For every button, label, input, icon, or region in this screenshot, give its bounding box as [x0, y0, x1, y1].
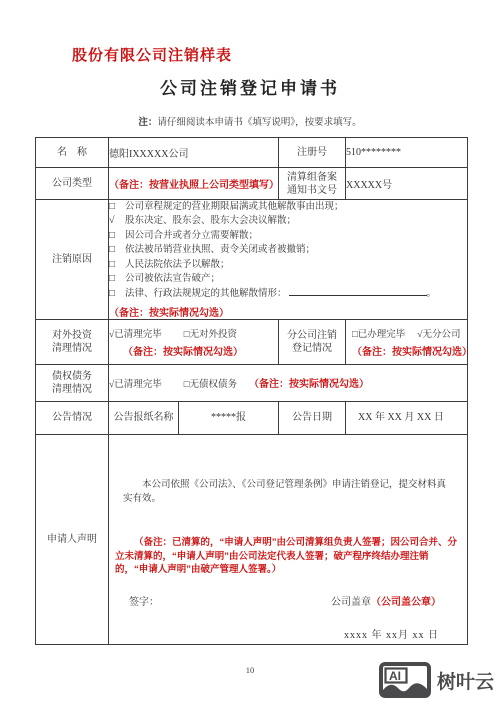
- name-label: 名 称: [36, 138, 109, 168]
- checkbox-icon: □: [109, 243, 125, 256]
- reason-option-text: 人民法院依法予以解散；: [125, 260, 230, 270]
- paper-name-label: 公告报纸名称: [109, 401, 179, 434]
- declaration-label: 申请人声明: [36, 434, 109, 644]
- reason-options-cell: □公司章程规定的营业期限届满或其他解散事由出现； √股东决定、股东会、股东大会决…: [109, 200, 468, 320]
- fill-instruction-note: 注：请仔细阅读本申请书《填写说明》，按要求填写。: [0, 114, 500, 128]
- announcement-row: 公告情况 公告报纸名称 *****报 公告日期 XX 年 XX 月 XX 日: [36, 401, 468, 434]
- investment-label-line2: 清理情况: [36, 342, 108, 355]
- announce-date-label: 公告日期: [279, 401, 346, 434]
- debt-option-none: □无债权债务: [184, 380, 237, 390]
- note-text: 请仔细阅读本申请书《填写说明》，按要求填写。: [157, 118, 361, 128]
- paper-name-value: *****报: [179, 401, 279, 434]
- svg-text:AI: AI: [389, 669, 401, 683]
- name-value: 德阳IXXXXX公司: [109, 138, 279, 168]
- document-title: 公司注销登记申请书: [0, 74, 500, 99]
- registration-number-value: 510********: [346, 138, 468, 168]
- reason-option: □公司被依法宣告破产；: [109, 272, 467, 286]
- seal-area: 公司盖章（公司盖公章）: [331, 593, 441, 608]
- liquidation-doc-label-line2: 通知书文号: [279, 184, 345, 197]
- company-type-row: 公司类型 （备注：按营业执照上公司类型填写） 清算组备案 通知书文号 XXXXX…: [36, 168, 468, 200]
- blank-fill-line: [289, 286, 427, 296]
- investment-option-none: □无对外投资: [184, 330, 237, 340]
- checkbox-icon: □: [109, 287, 125, 300]
- investment-options-cell: √已清理完毕□无对外投资 （备注：按实际情况勾选）: [109, 319, 279, 364]
- debt-options: √已清理完毕□无债权债务（备注：按实际情况勾选）: [109, 375, 467, 390]
- declaration-date: xxxx 年 xx月 xx 日: [109, 626, 467, 641]
- reason-option-text: 股东决定、股东会、股东大会决议解散；: [125, 216, 296, 226]
- reason-option-text: 公司被依法宣告破产；: [125, 274, 220, 284]
- liquidation-doc-value: XXXXX号: [346, 168, 468, 200]
- reason-option-text: 因公司合并或者分立需要解散；: [125, 231, 258, 241]
- reason-option: □因公司合并或者分立需要解散；: [109, 229, 467, 243]
- branch-label-line1: 分公司注销: [279, 329, 345, 342]
- declaration-statement: 本公司依照《公司法》、《公司登记管理条例》申请注销登记，提交材料真实有效。: [123, 478, 453, 506]
- checkbox-icon: □: [109, 200, 125, 213]
- debt-row: 债权债务 清理情况 √已清理完毕□无债权债务（备注：按实际情况勾选）: [36, 364, 468, 401]
- investment-label-line1: 对外投资: [36, 329, 108, 342]
- debt-option-done: √已清理完毕: [109, 380, 162, 390]
- company-type-note-text: （备注：按营业执照上公司类型填写）: [109, 180, 279, 191]
- registration-number-label: 注册号: [279, 138, 346, 168]
- reason-option-text: 公司章程规定的营业期限届满或其他解散事由出现；: [125, 202, 344, 212]
- branch-options-cell: □已办理完毕√无分公司 （备注：按实际情况勾选）: [346, 319, 468, 364]
- declaration-cell: 本公司依照《公司法》、《公司登记管理条例》申请注销登记，提交材料真实有效。 （备…: [109, 434, 468, 644]
- checkbox-icon: □: [109, 229, 125, 242]
- announce-date-value: XX 年 XX 月 XX 日: [346, 401, 468, 434]
- watermark: AI 树叶云: [378, 661, 494, 699]
- announcement-label: 公告情况: [36, 401, 109, 434]
- branch-label-line2: 登记情况: [279, 342, 345, 355]
- reason-option: □依法被吊销营业执照、责令关闭或者被撤销；: [109, 243, 467, 257]
- branch-option-none: √无分公司: [417, 330, 460, 340]
- liquidation-doc-label-line1: 清算组备案: [279, 171, 345, 184]
- reason-option-text: 法律、行政法规规定的其他解散情形：: [125, 289, 287, 299]
- deregistration-form-table: 名 称 德阳IXXXXX公司 注册号 510******** 公司类型 （备注：…: [35, 137, 468, 645]
- declaration-note: （备注：已清算的，“申请人声明”由公司清算组负责人签署；因公司合并、分立未清算的…: [115, 536, 461, 577]
- investment-label: 对外投资 清理情况: [36, 319, 109, 364]
- declaration-row: 申请人声明 本公司依照《公司法》、《公司登记管理条例》申请注销登记，提交材料真实…: [36, 434, 468, 644]
- signature-row: 签字： 公司盖章（公司盖公章）: [109, 593, 467, 608]
- reason-note: （备注：按实际情况勾选）: [109, 304, 467, 319]
- debt-label-line1: 债权债务: [36, 370, 108, 383]
- investment-options: √已清理完毕□无对外投资: [109, 326, 278, 340]
- debt-label: 债权债务 清理情况: [36, 364, 109, 401]
- investment-row: 对外投资 清理情况 √已清理完毕□无对外投资 （备注：按实际情况勾选） 分公司注…: [36, 319, 468, 364]
- branch-label: 分公司注销 登记情况: [279, 319, 346, 364]
- seal-note: （公司盖公章）: [371, 597, 441, 608]
- watermark-brand-text: 树叶云: [437, 667, 494, 694]
- checkbox-icon: □: [109, 258, 125, 271]
- debt-label-line2: 清理情况: [36, 383, 108, 396]
- seal-label: 公司盖章: [331, 597, 371, 608]
- reason-option-other: □法律、行政法规规定的其他解散情形：。: [109, 286, 467, 301]
- reason-row: 注销原因 □公司章程规定的营业期限届满或其他解散事由出现； √股东决定、股东会、…: [36, 200, 468, 320]
- sign-label: 签字：: [129, 593, 159, 608]
- company-type-label: 公司类型: [36, 168, 109, 200]
- investment-option-done: √已清理完毕: [109, 330, 162, 340]
- note-label: 注：: [138, 118, 157, 128]
- reason-option: □公司章程规定的营业期限届满或其他解散事由出现；: [109, 200, 467, 214]
- debt-options-cell: √已清理完毕□无债权债务（备注：按实际情况勾选）: [109, 364, 468, 401]
- branch-note: （备注：按实际情况勾选）: [352, 343, 467, 358]
- reason-option: □人民法院依法予以解散；: [109, 258, 467, 272]
- company-type-note: （备注：按营业执照上公司类型填写）: [109, 168, 279, 200]
- shuyeyun-logo-icon: AI: [378, 661, 432, 699]
- sample-title: 股份有限公司注销样表: [72, 44, 232, 65]
- reason-label: 注销原因: [36, 200, 109, 320]
- reason-option: √股东决定、股东会、股东大会决议解散；: [109, 214, 467, 228]
- checkmark-icon: √: [109, 214, 125, 227]
- liquidation-doc-label: 清算组备案 通知书文号: [279, 168, 346, 200]
- debt-note: （备注：按实际情况勾选）: [249, 379, 369, 390]
- checkbox-icon: □: [109, 272, 125, 285]
- reason-other-suffix: 。: [427, 289, 437, 299]
- reason-option-text: 依法被吊销营业执照、责令关闭或者被撤销；: [125, 245, 315, 255]
- branch-options: □已办理完毕√无分公司: [352, 326, 467, 340]
- investment-note: （备注：按实际情况勾选）: [109, 343, 278, 358]
- branch-option-done: □已办理完毕: [352, 330, 405, 340]
- name-row: 名 称 德阳IXXXXX公司 注册号 510********: [36, 138, 468, 168]
